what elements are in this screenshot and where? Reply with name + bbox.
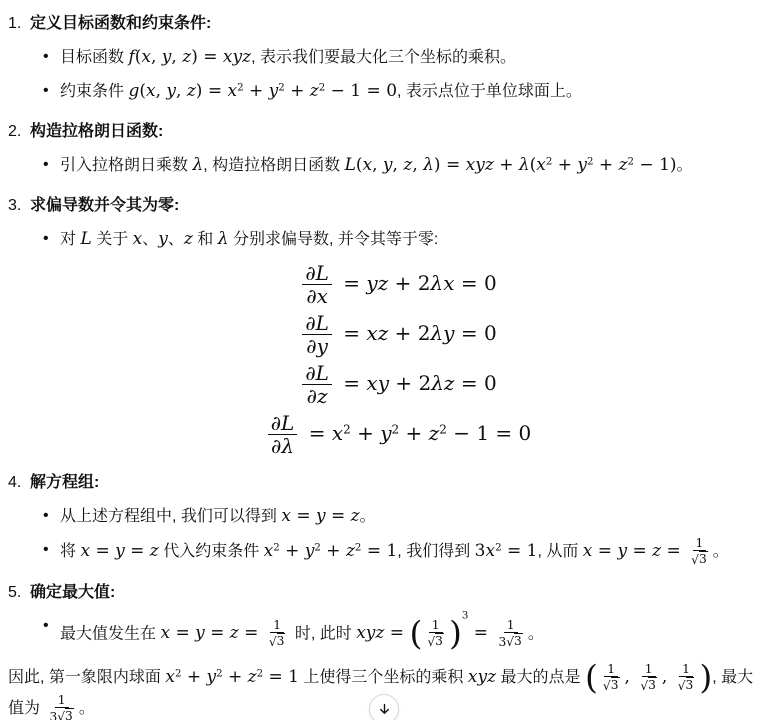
text-segment: 时, 此时 (290, 625, 356, 642)
bullet-marker: • (30, 502, 60, 531)
text-segment: 对 (60, 231, 80, 248)
list-heading: 确定最大值: (30, 579, 767, 607)
bullet-text: 约束条件 g(x, y, z) = x2 + y2 + z2 − 1 = 0, … (60, 77, 767, 106)
list-heading: 构造拉格朗日函数: (30, 118, 767, 146)
bullet-item: • 约束条件 g(x, y, z) = x2 + y2 + z2 − 1 = 0… (30, 77, 767, 106)
text-segment: 。 (79, 700, 95, 717)
inline-math: L (80, 229, 91, 249)
inline-math: x (133, 229, 143, 249)
text-segment: 和 (193, 231, 218, 248)
inline-math: x = y = z (80, 541, 158, 561)
equation-partial-x: ∂L∂x = yz + 2λx = 0 (30, 262, 767, 307)
list-heading: 解方程组: (30, 469, 767, 497)
list-item-3: 3. 求偏导数并令其为零: • 对 L 关于 x、y、z 和 λ 分别求偏导数,… (8, 192, 767, 462)
inline-math: x = y = z = 1√3 (160, 623, 290, 643)
bullet-marker: • (30, 536, 60, 567)
equation-partial-lambda: ∂L∂λ = x2 + y2 + z2 − 1 = 0 (30, 412, 767, 457)
list-heading: 求偏导数并令其为零: (30, 192, 767, 220)
text-segment: 。 (360, 508, 376, 525)
inline-math: 13√3 (44, 698, 78, 718)
bullet-text: 将 x = y = z 代入约束条件 x2 + y2 + z2 = 1, 我们得… (60, 536, 767, 567)
text-segment: , 从而 (537, 543, 582, 560)
bullet-marker: • (30, 151, 60, 180)
text-segment: 目标函数 (60, 49, 128, 66)
arrow-down-icon (377, 702, 392, 717)
text-segment: 、 (142, 231, 158, 248)
bullet-marker: • (30, 77, 60, 106)
text-segment: 分别求偏导数, 并令其等于零: (229, 231, 439, 248)
inline-math: λ (192, 155, 203, 175)
list-number: 5. (8, 579, 30, 654)
text-segment: 。 (713, 543, 729, 560)
inline-math: 3x2 = 1 (475, 541, 538, 561)
list-item-5: 5. 确定最大值: • 最大值发生在 x = y = z = 1√3 时, 此时… (8, 579, 767, 654)
bullet-text: 引入拉格朗日乘数 λ, 构造拉格朗日函数 L(x, y, z, λ) = xyz… (60, 151, 767, 180)
bullet-marker: • (30, 225, 60, 254)
bullet-text: 从上述方程组中, 我们可以得到 x = y = z。 (60, 502, 767, 531)
list-number: 4. (8, 469, 30, 572)
text-segment: 将 (60, 543, 80, 560)
list-number: 1. (8, 10, 30, 111)
text-segment: 约束条件 (60, 83, 128, 100)
bullet-text: 对 L 关于 x、y、z 和 λ 分别求偏导数, 并令其等于零: (60, 225, 767, 254)
text-segment: , 我们得到 (397, 543, 474, 560)
inline-math: x = y = z (281, 506, 359, 526)
text-segment: , 表示点位于单位球面上。 (397, 83, 582, 100)
inline-math: x = y = z = 1√3 (583, 541, 713, 561)
bullet-marker: • (30, 43, 60, 72)
inline-math: x2 + y2 + z2 = 1 (264, 541, 398, 561)
equation-partial-y: ∂L∂y = xz + 2λy = 0 (30, 312, 767, 357)
text-segment: 引入拉格朗日乘数 (60, 157, 192, 174)
chat-response-page: 1. 定义目标函数和约束条件: • 目标函数 f(x, y, z) = xyz,… (0, 0, 775, 720)
scroll-to-bottom-button[interactable] (369, 694, 399, 720)
inline-math: y (158, 229, 168, 249)
inline-math: z (184, 229, 193, 249)
list-number: 2. (8, 118, 30, 185)
text-segment: 。 (677, 157, 693, 174)
bullet-item: • 目标函数 f(x, y, z) = xyz, 表示我们要最大化三个坐标的乘积… (30, 43, 767, 72)
text-segment: , 构造拉格朗日函数 (203, 157, 344, 174)
text-segment: 最大的点是 (496, 669, 585, 686)
bullet-item: • 对 L 关于 x、y、z 和 λ 分别求偏导数, 并令其等于零: (30, 225, 767, 254)
bullet-item: • 最大值发生在 x = y = z = 1√3 时, 此时 xyz = (1√… (30, 612, 767, 649)
inline-math: f(x, y, z) = xyz (128, 47, 251, 67)
assistant-message: 1. 定义目标函数和约束条件: • 目标函数 f(x, y, z) = xyz,… (0, 0, 775, 720)
list-item-4: 4. 解方程组: • 从上述方程组中, 我们可以得到 x = y = z。 • … (8, 469, 767, 572)
bullet-item: • 引入拉格朗日乘数 λ, 构造拉格朗日函数 L(x, y, z, λ) = x… (30, 151, 767, 180)
text-segment: 代入约束条件 (159, 543, 264, 560)
equation-partial-z: ∂L∂z = xy + 2λz = 0 (30, 362, 767, 407)
inline-math: xyz (468, 667, 496, 687)
bullet-text: 最大值发生在 x = y = z = 1√3 时, 此时 xyz = (1√3)… (60, 612, 767, 649)
inline-math: g(x, y, z) = x2 + y2 + z2 − 1 = 0 (128, 81, 397, 101)
inline-math: L(x, y, z, λ) = xyz + λ(x2 + y2 + z2 − 1… (345, 155, 677, 175)
text-segment: 。 (528, 625, 544, 642)
text-segment: 上使得三个坐标的乘积 (299, 669, 468, 686)
text-segment: , 表示我们要最大化三个坐标的乘积。 (251, 49, 516, 66)
text-segment: 从上述方程组中, 我们可以得到 (60, 508, 281, 525)
text-segment: 关于 (92, 231, 133, 248)
list-item-1: 1. 定义目标函数和约束条件: • 目标函数 f(x, y, z) = xyz,… (8, 10, 767, 111)
bullet-item: • 将 x = y = z 代入约束条件 x2 + y2 + z2 = 1, 我… (30, 536, 767, 567)
inline-math: λ (218, 229, 229, 249)
text-segment: 、 (168, 231, 184, 248)
bullet-text: 目标函数 f(x, y, z) = xyz, 表示我们要最大化三个坐标的乘积。 (60, 43, 767, 72)
text-segment: 因此, 第一象限内球面 (8, 669, 165, 686)
inline-math: (1√3, 1√3, 1√3) (585, 667, 712, 687)
equations-block: ∂L∂x = yz + 2λx = 0 ∂L∂y = xz + 2λy = 0 … (30, 262, 767, 457)
list-item-2: 2. 构造拉格朗日函数: • 引入拉格朗日乘数 λ, 构造拉格朗日函数 L(x,… (8, 118, 767, 185)
list-heading: 定义目标函数和约束条件: (30, 10, 767, 38)
inline-math: xyz = (1√3)3 = 13√3 (356, 623, 528, 643)
bullet-marker: • (30, 612, 60, 649)
list-number: 3. (8, 192, 30, 462)
text-segment: 最大值发生在 (60, 625, 160, 642)
inline-math: x2 + y2 + z2 = 1 (165, 667, 299, 687)
bullet-item: • 从上述方程组中, 我们可以得到 x = y = z。 (30, 502, 767, 531)
